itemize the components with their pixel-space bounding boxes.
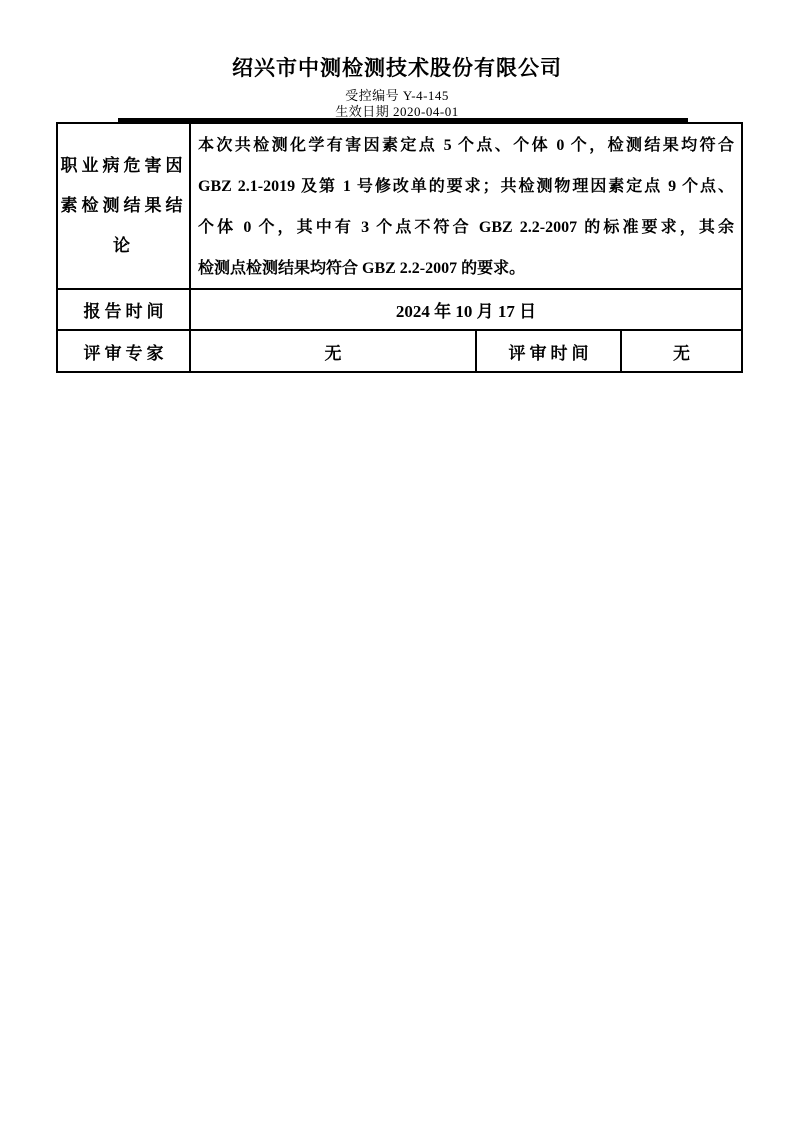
conclusion-text-cell: 本次共检测化学有害因素定点 5 个点、个体 0 个，检测结果均符合 GBZ 2.… xyxy=(191,124,741,288)
results-table: 职业病危害因素检测结果结论 本次共检测化学有害因素定点 5 个点、个体 0 个，… xyxy=(56,122,743,373)
conclusion-label-cell: 职业病危害因素检测结果结论 xyxy=(58,124,191,288)
report-time-value: 2024 年 10 月 17 日 xyxy=(191,290,741,329)
document-page: 绍兴市中测检测技术股份有限公司 受控编号 Y-4-145 生效日期 2020-0… xyxy=(0,0,794,1123)
conclusion-line: GBZ 2.1-2019 及第 1 号修改单的要求；共检测物理因素定点 9 个点… xyxy=(198,166,734,207)
conclusion-line: 检测点检测结果均符合 GBZ 2.2-2007 的要求。 xyxy=(198,248,734,288)
review-expert-value: 无 xyxy=(191,331,477,371)
conclusion-line: 本次共检测化学有害因素定点 5 个点、个体 0 个，检测结果均符合 xyxy=(198,125,734,166)
conclusion-line: 个体 0 个，其中有 3 个点不符合 GBZ 2.2-2007 的标准要求，其余 xyxy=(198,207,734,248)
company-title: 绍兴市中测检测技术股份有限公司 xyxy=(0,52,794,82)
review-time-label: 评审时间 xyxy=(477,331,622,371)
review-expert-label: 评审专家 xyxy=(58,331,191,371)
conclusion-row: 职业病危害因素检测结果结论 本次共检测化学有害因素定点 5 个点、个体 0 个，… xyxy=(58,124,741,290)
review-row: 评审专家 无 评审时间 无 xyxy=(58,331,741,371)
conclusion-label: 职业病危害因素检测结果结论 xyxy=(58,146,189,266)
review-time-value: 无 xyxy=(622,331,741,371)
report-time-label: 报告时间 xyxy=(58,290,191,329)
report-time-row: 报告时间 2024 年 10 月 17 日 xyxy=(58,290,741,331)
